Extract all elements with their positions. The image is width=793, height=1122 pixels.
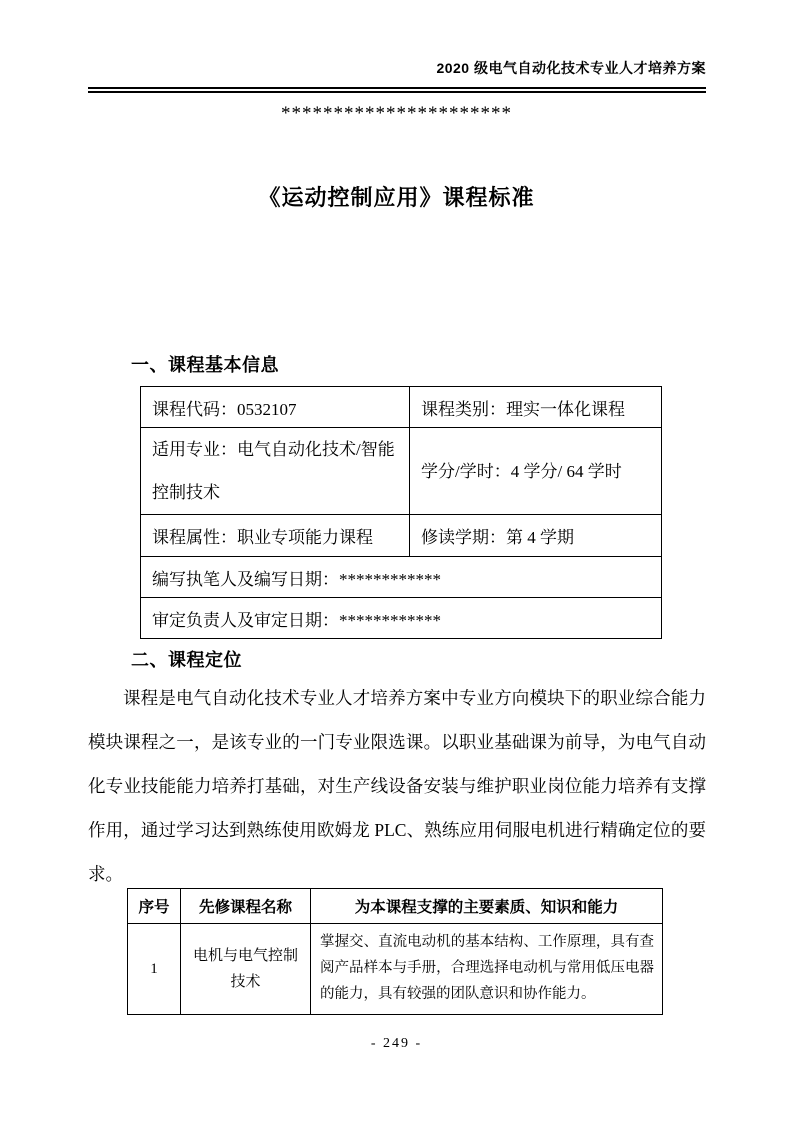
page-number: - 249 - bbox=[0, 1036, 793, 1052]
document-title: 《运动控制应用》课程标准 bbox=[0, 181, 793, 212]
col-header-support: 为本课程支撑的主要素质、知识和能力 bbox=[311, 889, 663, 924]
course-attribute-cell: 课程属性：职业专项能力课程 bbox=[141, 515, 410, 557]
course-info-table: 课程代码：0532107 课程类别：理实一体化课程 适用专业：电气自动化技术/智… bbox=[140, 386, 662, 639]
col-header-course: 先修课程名称 bbox=[181, 889, 311, 924]
course-positioning-paragraph: 课程是电气自动化技术专业人才培养方案中专业方向模块下的职业综合能力模块课程之一，… bbox=[88, 676, 706, 896]
course-code-cell: 课程代码：0532107 bbox=[141, 387, 410, 428]
running-header: 2020 级电气自动化技术专业人才培养方案 bbox=[88, 58, 706, 78]
header-double-rule bbox=[88, 87, 706, 93]
document-page: 2020 级电气自动化技术专业人才培养方案 ******************… bbox=[0, 0, 793, 1122]
col-header-no: 序号 bbox=[128, 889, 181, 924]
reviewer-date-cell: 审定负责人及审定日期：************ bbox=[141, 598, 662, 639]
prereq-course-cell: 电机与电气控制技术 bbox=[181, 924, 311, 1015]
table-row: 编写执笔人及编写日期：************ bbox=[141, 557, 662, 598]
table-row: 适用专业：电气自动化技术/智能控制技术 学分/学时：4 学分/ 64 学时 bbox=[141, 428, 662, 515]
section-2-heading: 二、课程定位 bbox=[131, 646, 242, 672]
applicable-majors-cell: 适用专业：电气自动化技术/智能控制技术 bbox=[141, 428, 410, 515]
credits-hours-cell: 学分/学时：4 学分/ 64 学时 bbox=[410, 428, 662, 515]
table-header-row: 序号 先修课程名称 为本课程支撑的主要素质、知识和能力 bbox=[128, 889, 663, 924]
table-row: 审定负责人及审定日期：************ bbox=[141, 598, 662, 639]
prereq-no-cell: 1 bbox=[128, 924, 181, 1015]
asterisk-line: ********************** bbox=[0, 103, 793, 125]
author-date-cell: 编写执笔人及编写日期：************ bbox=[141, 557, 662, 598]
semester-cell: 修读学期：第 4 学期 bbox=[410, 515, 662, 557]
table-row: 课程属性：职业专项能力课程 修读学期：第 4 学期 bbox=[141, 515, 662, 557]
table-row: 课程代码：0532107 课程类别：理实一体化课程 bbox=[141, 387, 662, 428]
prerequisite-table: 序号 先修课程名称 为本课程支撑的主要素质、知识和能力 1 电机与电气控制技术 … bbox=[127, 888, 663, 1015]
header-rule-top bbox=[88, 87, 706, 89]
course-category-cell: 课程类别：理实一体化课程 bbox=[410, 387, 662, 428]
header-rule-bottom bbox=[88, 91, 706, 93]
prereq-desc-cell: 掌握交、直流电动机的基本结构、工作原理，具有查阅产品样本与手册，合理选择电动机与… bbox=[311, 924, 663, 1015]
table-row: 1 电机与电气控制技术 掌握交、直流电动机的基本结构、工作原理，具有查阅产品样本… bbox=[128, 924, 663, 1015]
section-1-heading: 一、课程基本信息 bbox=[131, 351, 279, 377]
